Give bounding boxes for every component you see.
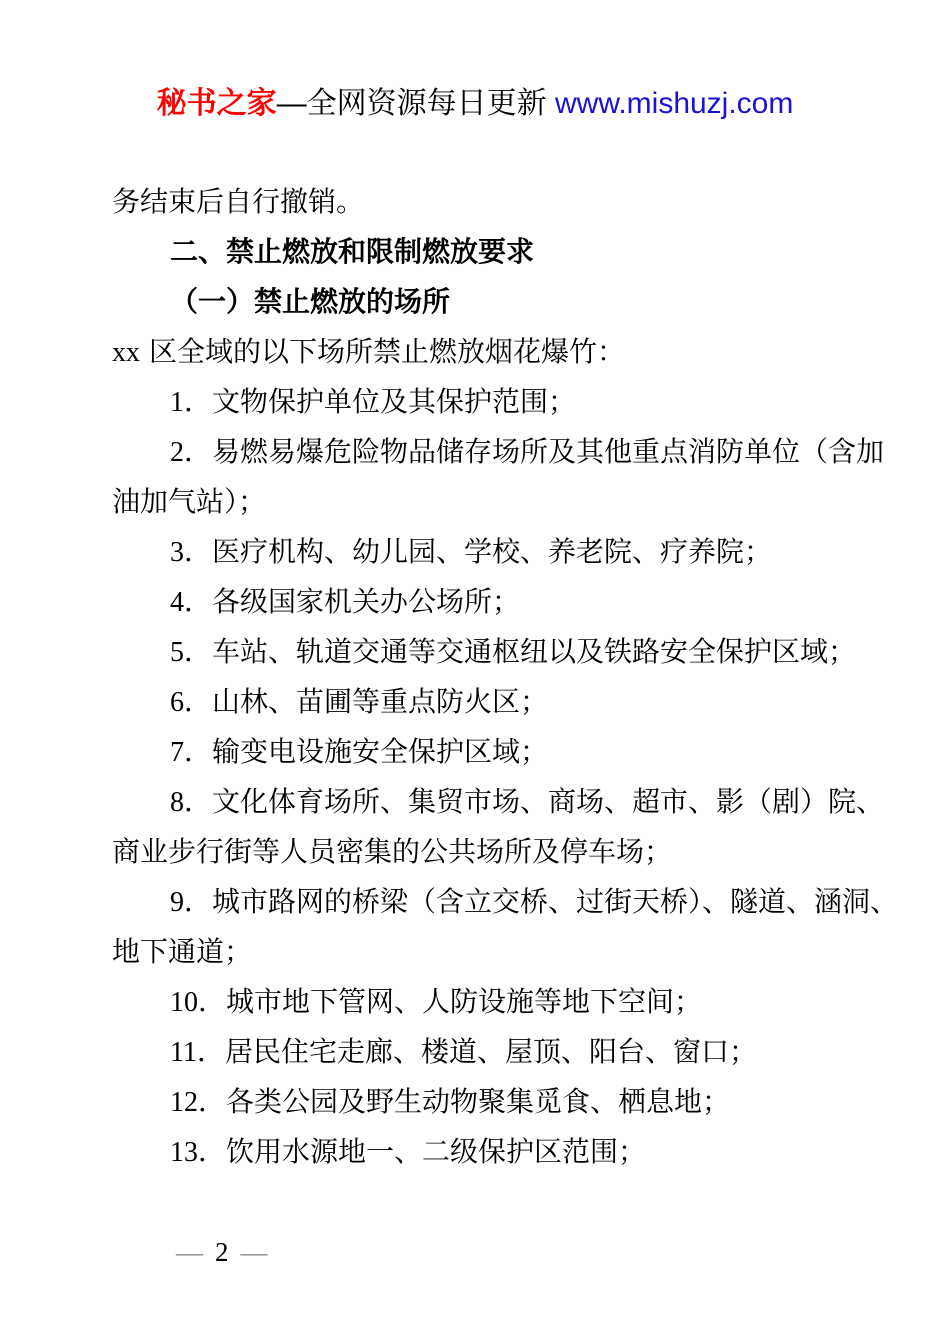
list-item-9-continuation: 地下通道； bbox=[112, 927, 852, 977]
list-item-number: 1． bbox=[170, 387, 212, 418]
list-item-number: 11． bbox=[170, 1037, 225, 1068]
site-url-link[interactable]: www.mishuzj.com bbox=[555, 87, 793, 120]
list-item-text: 居民住宅走廊、楼道、屋顶、阳台、窗口； bbox=[225, 1036, 757, 1067]
list-item-number: 10． bbox=[170, 987, 226, 1018]
list-item-13: 13．饮用水源地一、二级保护区范围； bbox=[112, 1127, 852, 1177]
list-item-6: 6．山林、苗圃等重点防火区； bbox=[112, 677, 852, 727]
list-item-8: 8．文化体育场所、集贸市场、商场、超市、影（剧）院、 bbox=[112, 777, 852, 827]
document-body: 务结束后自行撤销。 二、禁止燃放和限制燃放要求 （一）禁止燃放的场所 xx区全域… bbox=[112, 177, 852, 1177]
list-item-text: 各类公园及野生动物聚集觅食、栖息地； bbox=[226, 1086, 730, 1117]
list-item-text: 城市路网的桥梁（含立交桥、过街天桥）、隧道、涵洞、 bbox=[212, 886, 898, 917]
list-item-text: 车站、轨道交通等交通枢纽以及铁路安全保护区域； bbox=[212, 636, 856, 667]
list-item-text: 山林、苗圃等重点防火区； bbox=[212, 686, 548, 717]
page-header: 秘书之家—全网资源每日更新 www.mishuzj.com bbox=[0, 83, 950, 125]
district-placeholder: xx bbox=[112, 337, 140, 368]
list-item-text: 易燃易爆危险物品储存场所及其他重点消防单位（含加 bbox=[212, 436, 884, 467]
page-number-dash-left: — bbox=[176, 1237, 203, 1267]
site-tagline: —全网资源每日更新 bbox=[277, 87, 555, 120]
list-item-number: 7． bbox=[170, 737, 212, 768]
section-heading: 二、禁止燃放和限制燃放要求 bbox=[112, 227, 852, 277]
list-item-5: 5．车站、轨道交通等交通枢纽以及铁路安全保护区域； bbox=[112, 627, 852, 677]
list-item-number: 3． bbox=[170, 537, 212, 568]
list-item-number: 12． bbox=[170, 1087, 226, 1118]
list-item-10: 10．城市地下管网、人防设施等地下空间； bbox=[112, 977, 852, 1027]
list-item-text: 饮用水源地一、二级保护区范围； bbox=[226, 1136, 646, 1167]
page-number-dash-right: — bbox=[241, 1237, 268, 1267]
list-item-text: 文化体育场所、集贸市场、商场、超市、影（剧）院、 bbox=[212, 786, 884, 817]
list-item-4: 4．各级国家机关办公场所； bbox=[112, 577, 852, 627]
list-item-text: 各级国家机关办公场所； bbox=[212, 586, 520, 617]
list-item-2: 2．易燃易爆危险物品储存场所及其他重点消防单位（含加 bbox=[112, 427, 852, 477]
list-item-9: 9．城市路网的桥梁（含立交桥、过街天桥）、隧道、涵洞、 bbox=[112, 877, 852, 927]
page-number: —2— bbox=[176, 1237, 268, 1267]
list-item-11: 11．居民住宅走廊、楼道、屋顶、阳台、窗口； bbox=[112, 1027, 852, 1077]
list-item-3: 3．医疗机构、幼儿园、学校、养老院、疗养院； bbox=[112, 527, 852, 577]
list-item-number: 6． bbox=[170, 687, 212, 718]
list-item-number: 13． bbox=[170, 1137, 226, 1168]
list-item-number: 8． bbox=[170, 787, 212, 818]
subsection-heading: （一）禁止燃放的场所 bbox=[112, 277, 852, 327]
list-item-number: 4． bbox=[170, 587, 212, 618]
list-item-1: 1．文物保护单位及其保护范围； bbox=[112, 377, 852, 427]
list-item-7: 7．输变电设施安全保护区域； bbox=[112, 727, 852, 777]
intro-line: xx区全域的以下场所禁止燃放烟花爆竹： bbox=[112, 327, 852, 377]
list-item-text: 文物保护单位及其保护范围； bbox=[212, 386, 576, 417]
list-item-number: 2． bbox=[170, 437, 212, 468]
list-item-text: 城市地下管网、人防设施等地下空间； bbox=[226, 986, 702, 1017]
list-item-8-continuation: 商业步行街等人员密集的公共场所及停车场； bbox=[112, 827, 852, 877]
site-brand: 秘书之家 bbox=[157, 87, 277, 120]
list-item-2-continuation: 油加气站）； bbox=[112, 477, 852, 527]
list-item-text: 医疗机构、幼儿园、学校、养老院、疗养院； bbox=[212, 536, 772, 567]
list-item-12: 12．各类公园及野生动物聚集觅食、栖息地； bbox=[112, 1077, 852, 1127]
list-item-number: 9． bbox=[170, 887, 212, 918]
list-item-text: 输变电设施安全保护区域； bbox=[212, 736, 548, 767]
page-number-value: 2 bbox=[215, 1237, 229, 1267]
paragraph-continuation: 务结束后自行撤销。 bbox=[112, 177, 852, 227]
intro-line-text: 区全域的以下场所禁止燃放烟花爆竹： bbox=[149, 336, 625, 367]
list-item-number: 5． bbox=[170, 637, 212, 668]
